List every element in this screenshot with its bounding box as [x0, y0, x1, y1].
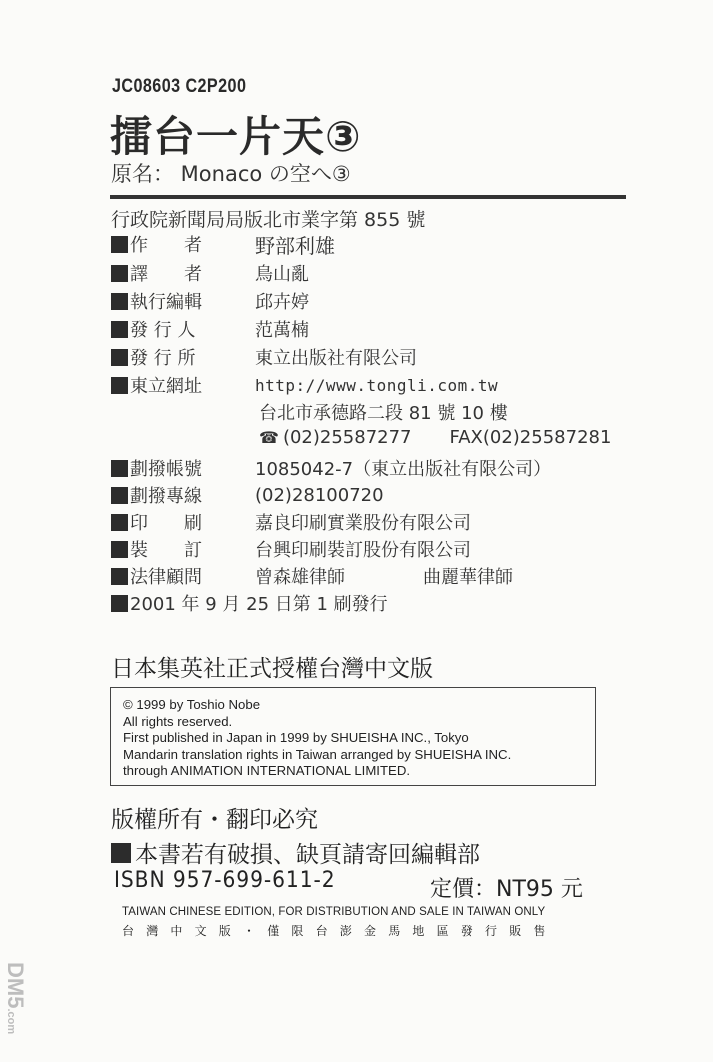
credit-row-publishing-house: 發 行 所 東立出版社有限公司	[111, 344, 417, 370]
copyright-line: First published in Japan in 1999 by SHUE…	[123, 730, 511, 747]
contact-line: ☎(02)25587277FAX(02)25587281	[259, 427, 611, 448]
credit-value-secondary: 曲麗華律師	[423, 563, 513, 589]
credit-label: 法律顧問	[130, 563, 255, 589]
copyright-line: © 1999 by Toshio Nobe	[123, 697, 511, 714]
bullet-square-icon	[111, 236, 128, 253]
credit-label: 作 者	[130, 231, 255, 257]
credit-row-postal-account: 劃撥帳號 1085042-7（東立出版社有限公司）	[111, 455, 551, 481]
credit-value: 台興印刷裝訂股份有限公司	[255, 536, 471, 562]
credit-row-website: 東立網址 http://www.tongli.com.tw	[111, 372, 498, 398]
copyright-text: © 1999 by Toshio Nobe All rights reserve…	[123, 697, 511, 780]
bullet-square-icon	[111, 843, 131, 863]
credit-label: 裝 訂	[130, 536, 255, 562]
bullet-square-icon	[111, 377, 128, 394]
publication-license: 行政院新聞局局版北市業字第 855 號	[111, 205, 425, 232]
site-watermark: DM5.com	[4, 962, 28, 1054]
credit-row-legal: 法律顧問 曾森雄律師 曲麗華律師	[111, 563, 513, 589]
credit-value: 東立出版社有限公司	[255, 344, 417, 370]
bullet-square-icon	[111, 568, 128, 585]
credit-row-postal-line: 劃撥專線 (02)28100720	[111, 482, 384, 508]
authorization-statement: 日本集英社正式授權台灣中文版	[111, 650, 433, 683]
catalog-code: JC08603 C2P200	[112, 76, 246, 98]
credit-row-author: 作 者 野部利雄	[111, 231, 335, 257]
bullet-square-icon	[111, 265, 128, 282]
bullet-square-icon	[111, 293, 128, 310]
price: 定價：NT95 元	[430, 872, 583, 903]
credit-label: 劃撥專線	[130, 482, 255, 508]
damage-notice: 本書若有破損、缺頁請寄回編輯部	[111, 836, 480, 869]
credit-value: 1085042-7（東立出版社有限公司）	[255, 455, 551, 481]
credit-row-editor: 執行編輯 邱卉婷	[111, 288, 309, 314]
copyright-line: Mandarin translation rights in Taiwan ar…	[123, 747, 511, 764]
bullet-square-icon	[111, 541, 128, 558]
telephone-icon: ☎	[259, 428, 279, 447]
bullet-square-icon	[111, 514, 128, 531]
credit-value: 范萬楠	[255, 316, 309, 342]
copyright-line: All rights reserved.	[123, 714, 511, 731]
credit-value: 野部利雄	[255, 230, 335, 259]
credit-value: 邱卉婷	[255, 288, 309, 314]
bullet-square-icon	[111, 349, 128, 366]
distribution-notice-zh: 台灣中文版・僅限台澎金馬地區發行販售	[122, 922, 558, 939]
publisher-address: 台北市承德路二段 81 號 10 樓	[259, 399, 508, 425]
title-divider	[110, 195, 626, 199]
watermark-main: DM5	[3, 962, 28, 1008]
fax-number: FAX(02)25587281	[450, 427, 612, 448]
credit-row-binding: 裝 訂 台興印刷裝訂股份有限公司	[111, 536, 471, 562]
bullet-square-icon	[111, 487, 128, 504]
bullet-square-icon	[111, 595, 128, 612]
bullet-square-icon	[111, 321, 128, 338]
website-link[interactable]: http://www.tongli.com.tw	[255, 376, 498, 395]
credit-row-printing: 印 刷 嘉良印刷實業股份有限公司	[111, 509, 471, 535]
print-date: 2001 年 9 月 25 日第 1 刷發行	[130, 590, 388, 616]
damage-notice-text: 本書若有破損、缺頁請寄回編輯部	[135, 836, 480, 869]
credit-value: 鳥山亂	[255, 260, 309, 286]
credit-label: 印 刷	[130, 509, 255, 535]
bullet-square-icon	[111, 460, 128, 477]
credit-label: 發 行 人	[130, 316, 255, 342]
credit-label: 譯 者	[130, 260, 255, 286]
rights-reserved: 版權所有・翻印必究	[111, 801, 318, 834]
original-title: 原名： Monaco の空へ③	[111, 158, 351, 188]
credit-label: 東立網址	[130, 372, 255, 398]
isbn: ISBN 957-699-611-2	[114, 868, 336, 893]
credit-label: 劃撥帳號	[130, 455, 255, 481]
credit-value: 曾森雄律師	[255, 563, 423, 589]
watermark-suffix: .com	[5, 1008, 17, 1034]
print-date-row: 2001 年 9 月 25 日第 1 刷發行	[111, 590, 388, 616]
credit-value: 嘉良印刷實業股份有限公司	[255, 509, 471, 535]
credit-row-publisher: 發 行 人 范萬楠	[111, 316, 309, 342]
credit-label: 發 行 所	[130, 344, 255, 370]
distribution-notice-en: TAIWAN CHINESE EDITION, FOR DISTRIBUTION…	[122, 906, 545, 918]
credit-label: 執行編輯	[130, 288, 255, 314]
phone-number: (02)25587277	[283, 427, 412, 448]
credit-row-translator: 譯 者 鳥山亂	[111, 260, 309, 286]
credit-value: (02)28100720	[255, 485, 384, 506]
copyright-box: © 1999 by Toshio Nobe All rights reserve…	[110, 687, 596, 786]
copyright-line: through ANIMATION INTERNATIONAL LIMITED.	[123, 763, 511, 780]
book-title: 擂台一片天③	[110, 104, 362, 164]
